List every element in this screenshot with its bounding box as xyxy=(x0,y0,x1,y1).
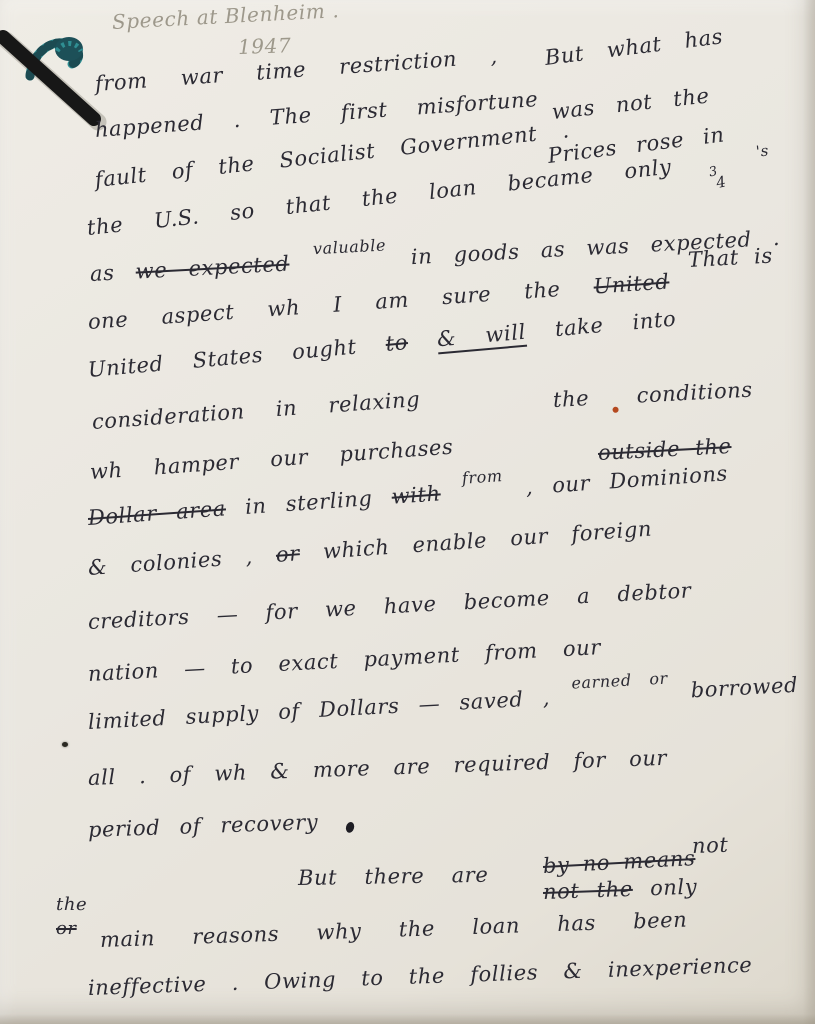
inserted-text: valuable xyxy=(313,237,387,257)
underlined-text: & will xyxy=(436,320,527,352)
text-segment: ineffective . Owing to the follies & ine… xyxy=(88,953,753,1000)
text-segment: the xyxy=(56,894,87,915)
struck-text: United xyxy=(593,269,670,298)
manuscript-line: creditors — for we have become a debtor xyxy=(87,580,691,633)
text-segment: not xyxy=(692,833,729,858)
struck-text: not the xyxy=(543,877,634,904)
pencil-annotation-year: 1947 xyxy=(238,35,292,57)
struck-text: to xyxy=(385,330,409,356)
superscript-text: 's xyxy=(755,143,770,159)
manuscript-line: ineffective . Owing to the follies & ine… xyxy=(88,955,753,999)
manuscript-line: wh hamper our purchases xyxy=(89,437,454,483)
pencil-annotation-title: Speech at Blenheim . xyxy=(111,0,339,32)
text-segment: & colonies , xyxy=(87,545,253,580)
inserted-text: earned or xyxy=(571,671,668,692)
manuscript-line: from war time restriction , xyxy=(94,46,498,95)
text-segment: all . of wh & more are required for our xyxy=(88,746,668,790)
manuscript-line: nation — to exact payment from our xyxy=(87,637,601,685)
struck-text: by no means xyxy=(542,846,696,878)
manuscript-line: all . of wh & more are required for our xyxy=(88,748,668,789)
text-segment: only xyxy=(650,875,698,901)
manuscript-line: not the only xyxy=(543,877,698,903)
text-segment: borrowed — xyxy=(690,671,815,703)
text-segment: in sterling xyxy=(244,486,373,519)
text-segment: United States ought xyxy=(87,335,358,382)
manuscript-line: limited supply of Dollars — saved , earn… xyxy=(87,673,815,733)
struck-text: outside the xyxy=(597,434,732,465)
text-segment: But there are xyxy=(298,863,489,890)
text-segment: creditors — for we have become a debtor xyxy=(87,578,692,634)
text-segment: the xyxy=(552,386,589,412)
text-segment: was not the xyxy=(551,84,711,124)
red-ink-dot xyxy=(613,407,619,413)
text-segment: , our Dominions xyxy=(525,461,729,499)
text-segment: But what has xyxy=(543,24,724,70)
inserted-text: from xyxy=(461,468,503,487)
manuscript-line: consideration in relaxing xyxy=(91,389,421,433)
text-segment: as xyxy=(89,261,115,286)
manuscript-line: main reasons why the loan has been xyxy=(100,909,688,950)
struck-text: with xyxy=(391,481,442,508)
struck-text: Dollar area xyxy=(87,496,227,530)
manuscript-line: & colonies , or which enable our foreign xyxy=(87,519,652,579)
text-segment: take into xyxy=(554,307,677,341)
manuscript-line: was not the xyxy=(551,86,711,123)
text-segment: limited supply of Dollars — saved , xyxy=(87,686,550,734)
ink-spot xyxy=(62,742,68,747)
manuscript-line: period of recovery xyxy=(88,811,354,841)
text-segment: main reasons why the loan has been xyxy=(100,907,688,951)
manuscript-line: not xyxy=(692,835,729,857)
manuscript-line: the xyxy=(56,896,87,914)
text-segment: That is xyxy=(687,244,773,272)
manuscript-line: the conditions xyxy=(552,380,753,411)
text-segment: which enable our foreign xyxy=(322,517,653,564)
manuscript-line: or xyxy=(56,920,77,938)
manuscript-line: That is xyxy=(687,246,773,271)
text-segment: from war time restriction , xyxy=(94,44,498,96)
manuscript-line: But what has xyxy=(544,26,724,69)
fraction: 34 xyxy=(708,165,728,191)
manuscript-page: Speech at Blenheim . 1947 from war time … xyxy=(0,0,815,1024)
struck-text: we expected xyxy=(135,252,290,284)
text-segment: consideration in relaxing xyxy=(91,387,421,434)
text-segment: conditions xyxy=(636,378,753,408)
text-segment: wh hamper our purchases xyxy=(89,435,454,484)
text-segment: nation — to exact payment from our xyxy=(87,635,601,686)
manuscript-line: by no means xyxy=(542,848,695,877)
struck-text: or xyxy=(56,918,77,939)
text-segment: period of recovery xyxy=(88,810,319,842)
ink-blot xyxy=(344,821,355,834)
struck-text: or xyxy=(275,541,301,567)
manuscript-line: But there are xyxy=(298,865,489,889)
manuscript-line: outside the xyxy=(597,436,732,464)
